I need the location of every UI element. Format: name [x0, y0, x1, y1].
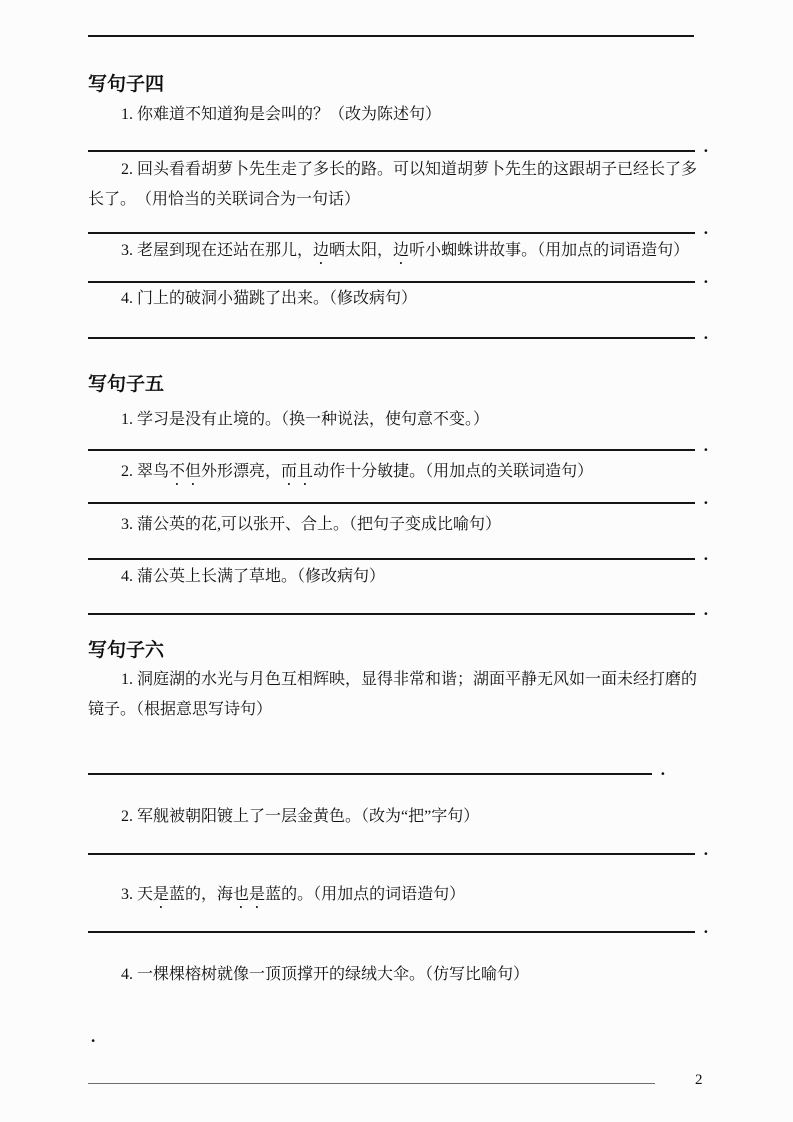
- emphasized-text: 边: [313, 242, 329, 259]
- item-text: 3. 天: [121, 886, 153, 903]
- exercise-item-5-4: 4. 蒲公英上长满了草地。（修改病句）: [88, 562, 706, 592]
- answer-blank-5-2: .: [88, 502, 695, 504]
- item-text: 3. 老屋到现在还站在那儿，: [121, 242, 313, 259]
- item-text: 3. 蒲公英的花,可以张开、合上。（把句子变成比喻句）: [121, 516, 501, 533]
- section-title-5: 写句子五: [88, 372, 164, 398]
- item-text: 1. 学习是没有止境的。（换一种说法，使句意不变。）: [121, 411, 489, 428]
- item-text: 2. 军舰被朝阳镀上了一层金黄色。（改为“把”字句）: [121, 808, 479, 825]
- footer-rule: [88, 1083, 655, 1084]
- exercise-item-5-3: 3. 蒲公英的花,可以张开、合上。（把句子变成比喻句）: [88, 510, 706, 540]
- blank-end-period: .: [704, 490, 708, 507]
- item-text: 1. 你难道不知道狗是会叫的？（改为陈述句）: [121, 106, 441, 123]
- exercise-item-4-2: 2. 回头看看胡萝卜先生走了多长的路。可以知道胡萝卜先生的这跟胡子已经长了多长了…: [88, 155, 706, 215]
- answer-blank-5-1: .: [88, 449, 695, 451]
- answer-blank-4-3: .: [88, 281, 695, 283]
- answer-blank-6-2: .: [88, 853, 695, 855]
- exercise-item-6-1: 1. 洞庭湖的水光与月色互相辉映，显得非常和谐；湖面平静无风如一面未经打磨的镜子…: [88, 665, 706, 725]
- answer-blank-4-1: .: [88, 150, 695, 152]
- exercise-item-6-3: 3. 天是蓝的，海也是蓝的。（用加点的词语造句）: [88, 880, 706, 912]
- item-text: 晒太阳，: [329, 242, 393, 259]
- exercise-item-5-2: 2. 翠鸟不但外形漂亮，而且动作十分敏捷。（用加点的关联词造句）: [88, 457, 706, 489]
- item-text: 4. 蒲公英上长满了草地。（修改病句）: [121, 568, 385, 585]
- header-rule: [88, 35, 694, 37]
- trailing-period: .: [91, 1028, 95, 1045]
- blank-end-period: .: [704, 138, 708, 155]
- answer-blank-6-3: .: [88, 931, 695, 933]
- item-text: 外形漂亮，: [201, 463, 281, 480]
- item-text: 2. 回头看看胡萝卜先生走了多长的路。可以知道胡萝卜先生的这跟胡子已经长了多长了…: [88, 161, 697, 208]
- blank-end-period: .: [704, 546, 708, 563]
- exercise-item-6-4: 4. 一棵棵榕树就像一顶顶撑开的绿绒大伞。（仿写比喻句）: [88, 960, 706, 990]
- emphasized-text: 是: [153, 886, 169, 903]
- exercise-item-4-3: 3. 老屋到现在还站在那儿，边晒太阳，边听小蜘蛛讲故事。（用加点的词语造句）: [88, 236, 706, 268]
- item-text: 4. 门上的破洞小猫跳了出来。（修改病句）: [121, 290, 417, 307]
- answer-blank-4-2: .: [88, 232, 695, 234]
- item-text: 蓝的。（用加点的词语造句）: [265, 886, 465, 903]
- blank-end-period: .: [704, 601, 708, 618]
- worksheet-page: 写句子四 1. 你难道不知道狗是会叫的？（改为陈述句） . 2. 回头看看胡萝卜…: [0, 0, 793, 1122]
- answer-blank-6-1: .: [88, 773, 652, 775]
- item-text: 2. 翠鸟: [121, 463, 169, 480]
- answer-blank-5-3: .: [88, 558, 695, 560]
- emphasized-text: 不但: [169, 463, 201, 480]
- exercise-item-4-1: 1. 你难道不知道狗是会叫的？（改为陈述句）: [88, 100, 706, 130]
- item-text: 动作十分敏捷。（用加点的关联词造句）: [313, 463, 593, 480]
- exercise-item-6-2: 2. 军舰被朝阳镀上了一层金黄色。（改为“把”字句）: [88, 802, 706, 832]
- item-text: 1. 洞庭湖的水光与月色互相辉映，显得非常和谐；湖面平静无风如一面未经打磨的镜子…: [88, 671, 697, 718]
- page-number: 2: [695, 1071, 703, 1089]
- blank-end-period: .: [661, 761, 665, 778]
- blank-end-period: .: [704, 437, 708, 454]
- blank-end-period: .: [704, 919, 708, 936]
- section-title-4: 写句子四: [88, 72, 164, 98]
- item-text: 听小蜘蛛讲故事。（用加点的词语造句）: [409, 242, 689, 259]
- item-text: 蓝的，海: [169, 886, 233, 903]
- answer-blank-5-4: .: [88, 613, 695, 615]
- exercise-item-4-4: 4. 门上的破洞小猫跳了出来。（修改病句）: [88, 284, 706, 314]
- emphasized-text: 也是: [233, 886, 265, 903]
- emphasized-text: 边: [393, 242, 409, 259]
- item-text: 4. 一棵棵榕树就像一顶顶撑开的绿绒大伞。（仿写比喻句）: [121, 966, 529, 983]
- exercise-item-5-1: 1. 学习是没有止境的。（换一种说法，使句意不变。）: [88, 405, 706, 435]
- answer-blank-4-4: .: [88, 337, 695, 339]
- section-title-6: 写句子六: [88, 638, 164, 664]
- blank-end-period: .: [704, 220, 708, 237]
- emphasized-text: 而且: [281, 463, 313, 480]
- blank-end-period: .: [704, 325, 708, 342]
- blank-end-period: .: [704, 841, 708, 858]
